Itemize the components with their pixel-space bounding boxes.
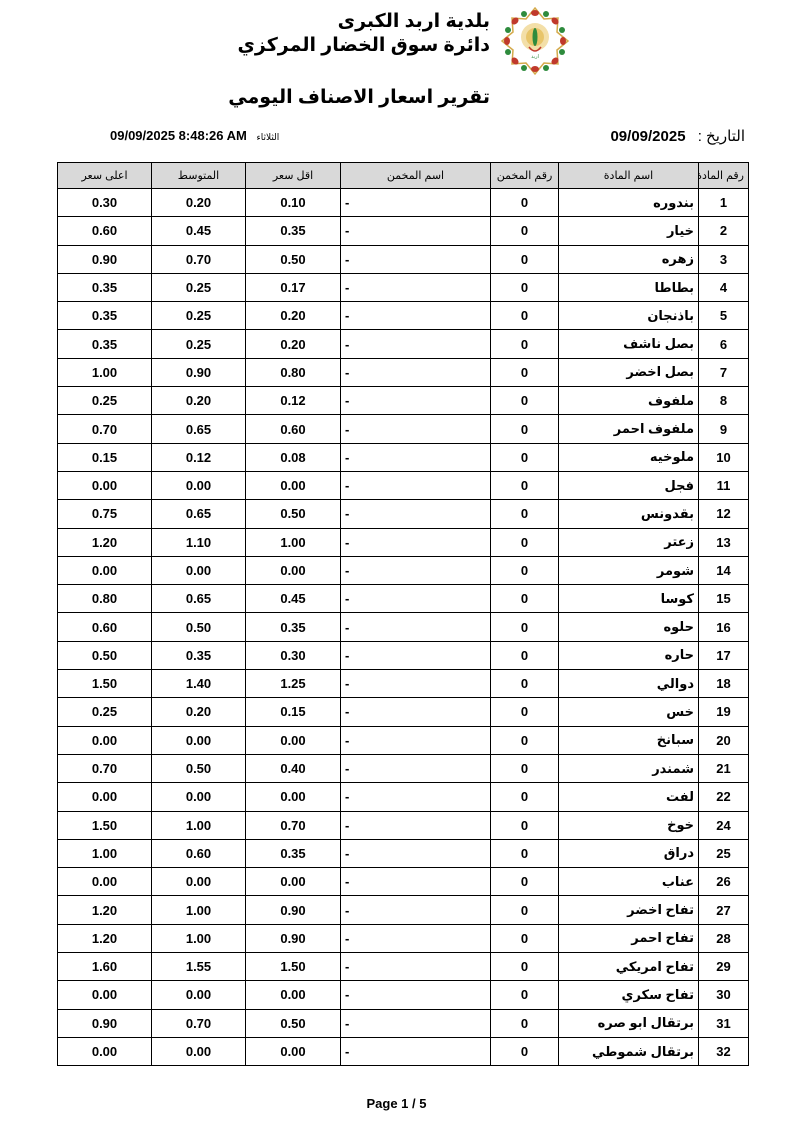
cell-min-price: 0.10 <box>246 189 341 217</box>
table-row: 30تفاح سكري0-0.000.000.00 <box>58 981 749 1009</box>
cell-max-price: 0.35 <box>58 273 152 301</box>
col-header-estimator-name: اسم المخمن <box>341 163 491 189</box>
col-header-min-price: اقل سعر <box>246 163 341 189</box>
table-body: 1بندوره0-0.100.200.302خيار0-0.350.450.60… <box>58 189 749 1066</box>
cell-item-no: 2 <box>699 217 749 245</box>
cell-item-no: 24 <box>699 811 749 839</box>
col-header-max-price: اعلى سعر <box>58 163 152 189</box>
cell-item-name: عناب <box>559 868 699 896</box>
cell-avg-price: 1.00 <box>152 811 246 839</box>
cell-estimator-name: - <box>341 217 491 245</box>
cell-item-no: 7 <box>699 358 749 386</box>
cell-item-no: 30 <box>699 981 749 1009</box>
cell-item-no: 4 <box>699 273 749 301</box>
cell-item-no: 26 <box>699 868 749 896</box>
cell-min-price: 0.40 <box>246 754 341 782</box>
cell-item-name: دوالي <box>559 670 699 698</box>
cell-item-no: 22 <box>699 783 749 811</box>
cell-avg-price: 1.00 <box>152 896 246 924</box>
table-row: 21شمندر0-0.400.500.70 <box>58 754 749 782</box>
cell-avg-price: 0.25 <box>152 330 246 358</box>
cell-item-name: بندوره <box>559 189 699 217</box>
cell-min-price: 0.00 <box>246 868 341 896</box>
cell-item-name: باذنجان <box>559 302 699 330</box>
cell-estimator-name: - <box>341 500 491 528</box>
col-header-item-no: رقم المادة <box>699 163 749 189</box>
table-row: 15كوسا0-0.450.650.80 <box>58 585 749 613</box>
table-row: 10ملوخيه0-0.080.120.15 <box>58 443 749 471</box>
cell-item-name: خس <box>559 698 699 726</box>
cell-min-price: 0.00 <box>246 981 341 1009</box>
cell-estimator-no: 0 <box>491 217 559 245</box>
cell-item-no: 13 <box>699 528 749 556</box>
cell-min-price: 0.70 <box>246 811 341 839</box>
cell-estimator-no: 0 <box>491 754 559 782</box>
cell-avg-price: 0.70 <box>152 245 246 273</box>
cell-item-no: 29 <box>699 953 749 981</box>
cell-item-name: حاره <box>559 641 699 669</box>
cell-avg-price: 1.55 <box>152 953 246 981</box>
cell-estimator-no: 0 <box>491 585 559 613</box>
cell-estimator-name: - <box>341 415 491 443</box>
table-row: 19خس0-0.150.200.25 <box>58 698 749 726</box>
cell-max-price: 0.00 <box>58 868 152 896</box>
cell-estimator-no: 0 <box>491 1009 559 1037</box>
cell-item-no: 12 <box>699 500 749 528</box>
cell-max-price: 1.00 <box>58 358 152 386</box>
cell-max-price: 1.20 <box>58 924 152 952</box>
cell-estimator-name: - <box>341 868 491 896</box>
table-row: 7بصل اخضر0-0.800.901.00 <box>58 358 749 386</box>
cell-item-no: 3 <box>699 245 749 273</box>
cell-min-price: 0.60 <box>246 415 341 443</box>
cell-item-name: خوخ <box>559 811 699 839</box>
cell-max-price: 0.00 <box>58 726 152 754</box>
cell-estimator-no: 0 <box>491 273 559 301</box>
cell-avg-price: 0.65 <box>152 585 246 613</box>
cell-max-price: 0.35 <box>58 302 152 330</box>
cell-max-price: 0.30 <box>58 189 152 217</box>
cell-item-name: بقدونس <box>559 500 699 528</box>
cell-item-no: 28 <box>699 924 749 952</box>
cell-estimator-name: - <box>341 189 491 217</box>
cell-estimator-name: - <box>341 783 491 811</box>
cell-max-price: 1.50 <box>58 670 152 698</box>
cell-min-price: 0.20 <box>246 330 341 358</box>
cell-min-price: 0.50 <box>246 245 341 273</box>
cell-estimator-no: 0 <box>491 528 559 556</box>
cell-min-price: 0.17 <box>246 273 341 301</box>
cell-avg-price: 0.35 <box>152 641 246 669</box>
cell-estimator-name: - <box>341 839 491 867</box>
cell-item-no: 10 <box>699 443 749 471</box>
report-title: تقرير اسعار الاصناف اليومي <box>250 86 490 109</box>
cell-max-price: 0.00 <box>58 1037 152 1065</box>
cell-item-name: سبانخ <box>559 726 699 754</box>
cell-min-price: 0.00 <box>246 556 341 584</box>
cell-max-price: 0.00 <box>58 556 152 584</box>
cell-estimator-no: 0 <box>491 698 559 726</box>
cell-avg-price: 0.65 <box>152 415 246 443</box>
cell-item-no: 25 <box>699 839 749 867</box>
cell-item-name: تفاح سكري <box>559 981 699 1009</box>
cell-item-name: حلوه <box>559 613 699 641</box>
cell-estimator-name: - <box>341 726 491 754</box>
cell-min-price: 0.00 <box>246 726 341 754</box>
cell-item-no: 9 <box>699 415 749 443</box>
printed-datetime: 09/09/2025 8:48:26 AM <box>110 128 247 143</box>
table-row: 16حلوه0-0.350.500.60 <box>58 613 749 641</box>
col-header-estimator-no: رقم المخمن <box>491 163 559 189</box>
cell-min-price: 0.50 <box>246 500 341 528</box>
cell-max-price: 1.20 <box>58 528 152 556</box>
cell-estimator-name: - <box>341 528 491 556</box>
cell-item-no: 21 <box>699 754 749 782</box>
cell-min-price: 0.80 <box>246 358 341 386</box>
cell-estimator-name: - <box>341 613 491 641</box>
cell-item-no: 11 <box>699 471 749 499</box>
cell-avg-price: 1.10 <box>152 528 246 556</box>
table-row: 14شومر0-0.000.000.00 <box>58 556 749 584</box>
cell-min-price: 0.00 <box>246 783 341 811</box>
cell-max-price: 0.00 <box>58 471 152 499</box>
cell-max-price: 0.60 <box>58 613 152 641</box>
cell-item-name: زعتر <box>559 528 699 556</box>
table-row: 31برتقال ابو صره0-0.500.700.90 <box>58 1009 749 1037</box>
cell-avg-price: 0.00 <box>152 783 246 811</box>
cell-item-no: 31 <box>699 1009 749 1037</box>
table-row: 18دوالي0-1.251.401.50 <box>58 670 749 698</box>
cell-max-price: 0.35 <box>58 330 152 358</box>
cell-item-name: ملفوف <box>559 387 699 415</box>
cell-max-price: 0.00 <box>58 981 152 1009</box>
cell-item-name: تفاح احمر <box>559 924 699 952</box>
cell-estimator-no: 0 <box>491 245 559 273</box>
cell-estimator-no: 0 <box>491 868 559 896</box>
cell-estimator-name: - <box>341 302 491 330</box>
cell-min-price: 0.35 <box>246 839 341 867</box>
cell-estimator-no: 0 <box>491 641 559 669</box>
cell-item-name: برتقال شموطي <box>559 1037 699 1065</box>
cell-avg-price: 0.25 <box>152 302 246 330</box>
cell-avg-price: 0.00 <box>152 726 246 754</box>
cell-avg-price: 1.00 <box>152 924 246 952</box>
cell-estimator-name: - <box>341 471 491 499</box>
table-row: 29تفاح امريكي0-1.501.551.60 <box>58 953 749 981</box>
cell-item-name: زهره <box>559 245 699 273</box>
svg-text:اربد: اربد <box>531 54 539 60</box>
cell-min-price: 0.50 <box>246 1009 341 1037</box>
cell-min-price: 0.35 <box>246 217 341 245</box>
cell-item-no: 32 <box>699 1037 749 1065</box>
cell-item-no: 18 <box>699 670 749 698</box>
table-row: 8ملفوف0-0.120.200.25 <box>58 387 749 415</box>
cell-min-price: 0.90 <box>246 896 341 924</box>
cell-min-price: 1.50 <box>246 953 341 981</box>
cell-max-price: 0.25 <box>58 698 152 726</box>
cell-estimator-name: - <box>341 924 491 952</box>
cell-estimator-no: 0 <box>491 358 559 386</box>
department-name: دائرة سوق الخضار المركزي <box>250 34 490 58</box>
cell-estimator-no: 0 <box>491 302 559 330</box>
cell-avg-price: 0.00 <box>152 868 246 896</box>
cell-item-no: 14 <box>699 556 749 584</box>
col-header-item-name: اسم المادة <box>559 163 699 189</box>
cell-min-price: 1.25 <box>246 670 341 698</box>
cell-estimator-no: 0 <box>491 471 559 499</box>
cell-item-name: دراق <box>559 839 699 867</box>
cell-item-name: تفاح امريكي <box>559 953 699 981</box>
cell-item-name: بطاطا <box>559 273 699 301</box>
table-row: 6بصل ناشف0-0.200.250.35 <box>58 330 749 358</box>
cell-avg-price: 0.50 <box>152 754 246 782</box>
cell-estimator-no: 0 <box>491 839 559 867</box>
cell-item-name: كوسا <box>559 585 699 613</box>
cell-estimator-name: - <box>341 896 491 924</box>
cell-max-price: 0.70 <box>58 754 152 782</box>
table-row: 20سبانخ0-0.000.000.00 <box>58 726 749 754</box>
cell-max-price: 1.50 <box>58 811 152 839</box>
cell-avg-price: 0.00 <box>152 556 246 584</box>
cell-estimator-no: 0 <box>491 415 559 443</box>
prices-table: رقم المادة اسم المادة رقم المخمن اسم الم… <box>57 162 749 1066</box>
cell-item-name: خيار <box>559 217 699 245</box>
cell-max-price: 0.80 <box>58 585 152 613</box>
cell-min-price: 0.20 <box>246 302 341 330</box>
cell-max-price: 0.70 <box>58 415 152 443</box>
cell-item-name: بصل ناشف <box>559 330 699 358</box>
cell-avg-price: 0.12 <box>152 443 246 471</box>
cell-item-name: تفاح اخضر <box>559 896 699 924</box>
cell-estimator-no: 0 <box>491 783 559 811</box>
cell-min-price: 0.08 <box>246 443 341 471</box>
cell-avg-price: 0.20 <box>152 387 246 415</box>
table-row: 26عناب0-0.000.000.00 <box>58 868 749 896</box>
cell-avg-price: 0.50 <box>152 613 246 641</box>
cell-min-price: 1.00 <box>246 528 341 556</box>
cell-estimator-no: 0 <box>491 330 559 358</box>
cell-estimator-name: - <box>341 754 491 782</box>
cell-estimator-name: - <box>341 556 491 584</box>
cell-estimator-no: 0 <box>491 670 559 698</box>
cell-estimator-name: - <box>341 953 491 981</box>
cell-estimator-name: - <box>341 1009 491 1037</box>
cell-avg-price: 0.90 <box>152 358 246 386</box>
cell-estimator-name: - <box>341 641 491 669</box>
table-row: 25دراق0-0.350.601.00 <box>58 839 749 867</box>
cell-min-price: 0.90 <box>246 924 341 952</box>
report-date: التاريخ : 09/09/2025 <box>610 127 745 145</box>
cell-avg-price: 0.25 <box>152 273 246 301</box>
cell-item-no: 15 <box>699 585 749 613</box>
cell-avg-price: 1.40 <box>152 670 246 698</box>
cell-avg-price: 0.70 <box>152 1009 246 1037</box>
cell-estimator-name: - <box>341 585 491 613</box>
cell-avg-price: 0.60 <box>152 839 246 867</box>
org-name: بلدية اربد الكبرى <box>250 10 490 34</box>
cell-min-price: 0.00 <box>246 471 341 499</box>
cell-estimator-name: - <box>341 443 491 471</box>
page-indicator: Page 1 / 5 <box>0 1096 793 1111</box>
cell-min-price: 0.12 <box>246 387 341 415</box>
date-label: التاريخ : <box>698 128 745 145</box>
cell-estimator-no: 0 <box>491 500 559 528</box>
date-value: 09/09/2025 <box>610 128 685 145</box>
table-row: 11فجل0-0.000.000.00 <box>58 471 749 499</box>
cell-estimator-no: 0 <box>491 387 559 415</box>
cell-max-price: 1.20 <box>58 896 152 924</box>
cell-item-name: شومر <box>559 556 699 584</box>
cell-estimator-no: 0 <box>491 811 559 839</box>
table-row: 13زعتر0-1.001.101.20 <box>58 528 749 556</box>
table-row: 5باذنجان0-0.200.250.35 <box>58 302 749 330</box>
cell-item-no: 8 <box>699 387 749 415</box>
cell-estimator-name: - <box>341 670 491 698</box>
cell-estimator-no: 0 <box>491 189 559 217</box>
cell-max-price: 0.90 <box>58 245 152 273</box>
cell-avg-price: 0.00 <box>152 471 246 499</box>
cell-min-price: 0.35 <box>246 613 341 641</box>
cell-max-price: 0.75 <box>58 500 152 528</box>
cell-estimator-no: 0 <box>491 726 559 754</box>
table-row: 24خوخ0-0.701.001.50 <box>58 811 749 839</box>
cell-min-price: 0.30 <box>246 641 341 669</box>
cell-max-price: 0.50 <box>58 641 152 669</box>
cell-item-no: 16 <box>699 613 749 641</box>
cell-max-price: 0.00 <box>58 783 152 811</box>
cell-item-name: ملفوف احمر <box>559 415 699 443</box>
table-row: 1بندوره0-0.100.200.30 <box>58 189 749 217</box>
cell-estimator-no: 0 <box>491 1037 559 1065</box>
table-row: 22لفت0-0.000.000.00 <box>58 783 749 811</box>
printed-day: الثلاثاء <box>256 132 279 142</box>
municipality-emblem-icon: اربد <box>497 6 573 76</box>
table-row: 2خيار0-0.350.450.60 <box>58 217 749 245</box>
cell-estimator-no: 0 <box>491 953 559 981</box>
cell-estimator-no: 0 <box>491 613 559 641</box>
cell-max-price: 0.15 <box>58 443 152 471</box>
cell-item-no: 6 <box>699 330 749 358</box>
table-row: 17حاره0-0.300.350.50 <box>58 641 749 669</box>
cell-avg-price: 0.00 <box>152 981 246 1009</box>
cell-estimator-name: - <box>341 387 491 415</box>
cell-avg-price: 0.45 <box>152 217 246 245</box>
cell-item-no: 1 <box>699 189 749 217</box>
cell-item-no: 27 <box>699 896 749 924</box>
cell-item-no: 19 <box>699 698 749 726</box>
table-row: 4بطاطا0-0.170.250.35 <box>58 273 749 301</box>
col-header-avg-price: المتوسط <box>152 163 246 189</box>
cell-item-name: لفت <box>559 783 699 811</box>
cell-avg-price: 0.20 <box>152 698 246 726</box>
table-row: 28تفاح احمر0-0.901.001.20 <box>58 924 749 952</box>
cell-item-no: 17 <box>699 641 749 669</box>
cell-estimator-no: 0 <box>491 443 559 471</box>
cell-estimator-no: 0 <box>491 556 559 584</box>
cell-estimator-name: - <box>341 698 491 726</box>
table-row: 32برتقال شموطي0-0.000.000.00 <box>58 1037 749 1065</box>
cell-estimator-name: - <box>341 330 491 358</box>
cell-item-name: فجل <box>559 471 699 499</box>
table-row: 12بقدونس0-0.500.650.75 <box>58 500 749 528</box>
cell-estimator-name: - <box>341 811 491 839</box>
print-timestamp: 09/09/2025 8:48:26 AM الثلاثاء <box>110 128 279 143</box>
cell-item-name: ملوخيه <box>559 443 699 471</box>
cell-min-price: 0.45 <box>246 585 341 613</box>
cell-estimator-name: - <box>341 273 491 301</box>
cell-item-name: بصل اخضر <box>559 358 699 386</box>
table-header-row: رقم المادة اسم المادة رقم المخمن اسم الم… <box>58 163 749 189</box>
cell-max-price: 0.25 <box>58 387 152 415</box>
cell-item-name: شمندر <box>559 754 699 782</box>
cell-max-price: 0.60 <box>58 217 152 245</box>
cell-item-no: 20 <box>699 726 749 754</box>
cell-estimator-name: - <box>341 981 491 1009</box>
cell-max-price: 1.00 <box>58 839 152 867</box>
cell-max-price: 0.90 <box>58 1009 152 1037</box>
cell-min-price: 0.15 <box>246 698 341 726</box>
cell-estimator-name: - <box>341 245 491 273</box>
cell-estimator-no: 0 <box>491 896 559 924</box>
cell-item-name: برتقال ابو صره <box>559 1009 699 1037</box>
cell-item-no: 5 <box>699 302 749 330</box>
cell-avg-price: 0.00 <box>152 1037 246 1065</box>
cell-estimator-no: 0 <box>491 924 559 952</box>
cell-max-price: 1.60 <box>58 953 152 981</box>
table-row: 3زهره0-0.500.700.90 <box>58 245 749 273</box>
table-row: 9ملفوف احمر0-0.600.650.70 <box>58 415 749 443</box>
cell-min-price: 0.00 <box>246 1037 341 1065</box>
cell-avg-price: 0.65 <box>152 500 246 528</box>
cell-avg-price: 0.20 <box>152 189 246 217</box>
cell-estimator-name: - <box>341 1037 491 1065</box>
cell-estimator-no: 0 <box>491 981 559 1009</box>
cell-estimator-name: - <box>341 358 491 386</box>
organization-header: بلدية اربد الكبرى دائرة سوق الخضار المرك… <box>250 10 490 58</box>
table-row: 27تفاح اخضر0-0.901.001.20 <box>58 896 749 924</box>
